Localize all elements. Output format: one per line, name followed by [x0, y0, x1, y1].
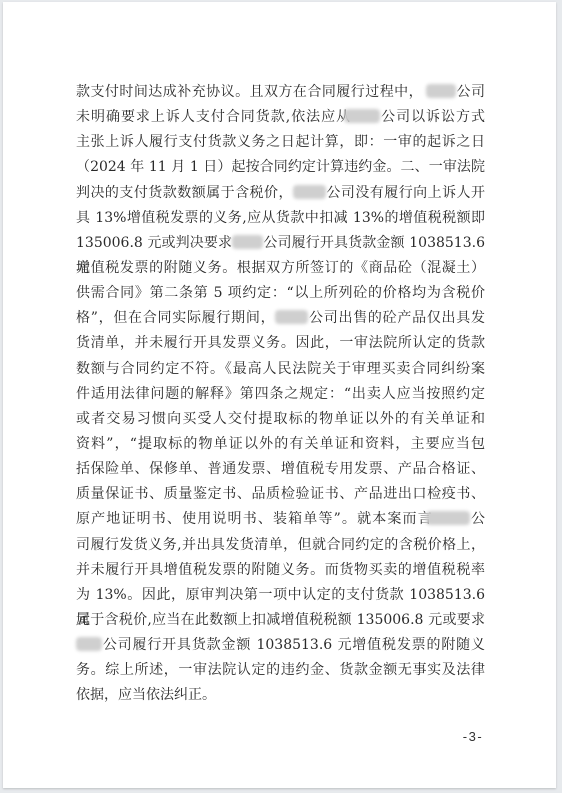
page-number: -3-: [458, 729, 488, 744]
text-line: 资料”，“提取标的物单证以外的有关单证和资料，主要应当包: [76, 432, 485, 457]
text-line: 括保险单、保修单、普通发票、增值税专用发票、产品合格证、: [76, 457, 485, 482]
text-line: 判决的支付货款数额属于含税价，公司没有履行向上诉人开: [76, 181, 485, 206]
text-line: 供需合同》第二条第 5 项约定：“以上所列砼的价格均为含税价: [76, 281, 485, 306]
redacted-company-name: [232, 235, 263, 249]
text-line: 增值税发票的附随义务。根据双方所签订的《商品砼（混凝土）: [76, 256, 485, 281]
text-line: 款支付时间达成补充协议。且双方在合同履行过程中，公司: [76, 80, 485, 105]
line-text: （2024 年 11 月 1 日）起按合同约定计算违约金。二、一审法院: [76, 159, 485, 175]
redacted-company-name: [275, 310, 308, 324]
redacted-company-name: [344, 109, 380, 123]
text-line: 并未履行开具增值税发票的附随义务。而货物买卖的增值税税率: [76, 558, 485, 583]
text-line: 原产地证明书、使用说明书、装箱单等”。就本案而言公: [76, 507, 485, 532]
line-text: 供需合同》第二条第 5 项约定：“以上所列砼的价格均为含税价: [76, 285, 485, 301]
text-line: （2024 年 11 月 1 日）起按合同约定计算违约金。二、一审法院: [76, 155, 485, 180]
line-text: 公司出售的砼产品仅出具发: [308, 310, 485, 326]
text-line: 公司履行开具货款金额 1038513.6 元增值税发票的附随义: [76, 633, 485, 658]
line-text: 公司履行开具货款金额 1038513.6 元增值税发票的附随义: [102, 637, 485, 653]
line-text: 未明确要求上诉人支付合同货款,依法应从: [76, 109, 351, 125]
line-text: 属于含税价,应当在此数额上扣减增值税税额 135006.8 元或要求: [76, 612, 485, 628]
line-text: 款支付时间达成补充协议。且双方在合同履行过程中，: [76, 84, 423, 100]
line-text: 并未履行开具增值税发票的附随义务。而货物买卖的增值税税率: [76, 562, 485, 578]
text-line: 为 13%。因此，原审判决第一项中认定的支付货款 1038513.6 元: [76, 583, 485, 608]
line-text: 公司以诉讼方式: [380, 109, 485, 125]
line-text: 括保险单、保修单、普通发票、增值税专用发票、产品合格证、: [76, 461, 485, 477]
redacted-company-name: [426, 511, 470, 525]
line-text: 依据，应当依法纠正。: [76, 687, 216, 703]
line-text: 公: [470, 511, 485, 527]
line-text: 资料”，“提取标的物单证以外的有关单证和资料，主要应当包: [76, 436, 485, 452]
text-line: 务。综上所述，一审法院认定的违约金、货款金额无事实及法律: [76, 658, 485, 683]
text-line: 格”，但在合同实际履行期间，公司出售的砼产品仅出具发: [76, 306, 485, 331]
line-text: 格”，但在合同实际履行期间，: [76, 310, 275, 326]
text-line: 主张上诉人履行支付货款义务之日起计算，即：一审的起诉之日: [76, 130, 485, 155]
body-text: 款支付时间达成补充协议。且双方在合同履行过程中，公司 未明确要求上诉人支付合同货…: [76, 80, 485, 709]
line-text: 件适用法律问题的解释》第四条之规定：“出卖人应当按照约定: [76, 386, 485, 402]
line-text: 135006.8 元或判决要求: [76, 235, 232, 251]
redacted-company-name: [293, 185, 326, 199]
document-page: 款支付时间达成补充协议。且双方在合同履行过程中，公司 未明确要求上诉人支付合同货…: [3, 2, 556, 788]
redacted-company-name: [426, 84, 456, 98]
line-text: 具 13%增值税发票的义务,应从货款中扣减 13%的增值税税额即: [76, 210, 485, 226]
line-text: 或者交易习惯向买受人交付提取标的物单证以外的有关单证和: [76, 411, 485, 427]
text-line: 属于含税价,应当在此数额上扣减增值税税额 135006.8 元或要求: [76, 608, 485, 633]
line-text: 公司没有履行向上诉人开: [326, 185, 485, 201]
text-line: 或者交易习惯向买受人交付提取标的物单证以外的有关单证和: [76, 407, 485, 432]
line-text: 数额与合同约定不符。《最高人民法院关于审理买卖合同纠纷案: [76, 361, 485, 377]
line-text: 主张上诉人履行支付货款义务之日起计算，即：一审的起诉之日: [76, 134, 485, 150]
line-text: 增值税发票的附随义务。根据双方所签订的《商品砼（混凝土）: [76, 260, 485, 276]
text-line: 司履行发货义务,并出具发货清单，但就合同约定的含税价格上，: [76, 533, 485, 558]
line-text: 公司: [456, 84, 485, 100]
text-line: 135006.8 元或判决要求公司履行开具货款金额 1038513.6 元: [76, 231, 485, 256]
text-line: 依据，应当依法纠正。: [76, 683, 485, 708]
text-line: 质量保证书、质量鉴定书、品质检验证书、产品进出口检疫书、: [76, 482, 485, 507]
line-text: 质量保证书、质量鉴定书、品质检验证书、产品进出口检疫书、: [76, 486, 485, 502]
text-line: 数额与合同约定不符。《最高人民法院关于审理买卖合同纠纷案: [76, 357, 485, 382]
line-text: 判决的支付货款数额属于含税价，: [76, 185, 293, 201]
text-line: 具 13%增值税发票的义务,应从货款中扣减 13%的增值税税额即: [76, 206, 485, 231]
redacted-company-name: [76, 637, 102, 651]
line-text: 原产地证明书、使用说明书、装箱单等”。就本案而言: [76, 511, 433, 527]
line-text: 司履行发货义务,并出具发货清单，但就合同约定的含税价格上，: [76, 537, 485, 553]
line-text: 货清单，并未履行开具发票义务。因此，一审法院所认定的货款: [76, 335, 485, 351]
text-line: 未明确要求上诉人支付合同货款,依法应从公司以诉讼方式: [76, 105, 485, 130]
text-line: 件适用法律问题的解释》第四条之规定：“出卖人应当按照约定: [76, 382, 485, 407]
text-line: 货清单，并未履行开具发票义务。因此，一审法院所认定的货款: [76, 331, 485, 356]
line-text: 务。综上所述，一审法院认定的违约金、货款金额无事实及法律: [76, 662, 485, 678]
